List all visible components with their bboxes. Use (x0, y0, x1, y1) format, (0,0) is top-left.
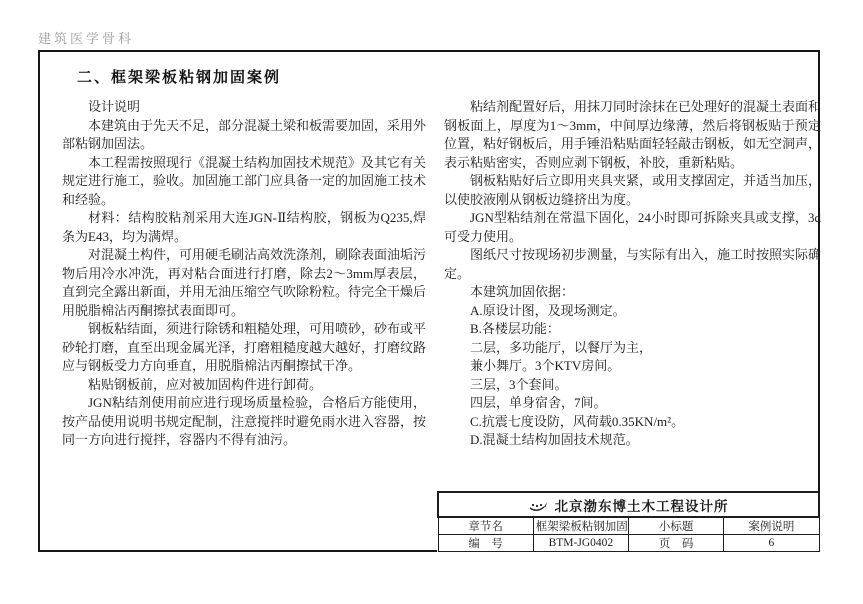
paragraph: 图纸尺寸按现场初步测量，与实际有出入，施工时按照实际确定。 (444, 246, 821, 283)
chapter-label: 章节名 (438, 517, 533, 535)
paragraph: 钢板粘贴好后立即用夹具夹紧，或用支撑固定，并适当加压，以使胶液刚从钢板边缝挤出为… (444, 172, 821, 209)
paragraph: 本建筑由于先天不足，部分混凝土梁和板需要加固，采用外部粘钢加固法。 (62, 117, 426, 154)
basis-item: A.原设计图，及现场测定。 (444, 302, 821, 321)
subtitle-label: 小标题 (629, 517, 724, 535)
number-label: 编 号 (438, 535, 533, 552)
page-title: 二、框架梁板粘钢加固案例 (77, 66, 281, 87)
company-name: 北京渤东博土木工程设计所 (555, 499, 729, 514)
subtitle-value: 案例说明 (724, 517, 819, 535)
left-column: 设计说明 本建筑由于先天不足，部分混凝土梁和板需要加固，采用外部粘钢加固法。 本… (62, 98, 426, 450)
page-frame: 二、框架梁板粘钢加固案例 设计说明 本建筑由于先天不足，部分混凝土梁和板需要加固… (38, 50, 820, 552)
paragraph: JGN粘结剂使用前应进行现场质量检验，合格后方能使用，按产品使用说明书规定配制，… (62, 394, 426, 450)
design-notes-heading: 设计说明 (62, 98, 426, 117)
number-value: BTM-JG0402 (533, 535, 628, 552)
paragraph: JGN型粘结剂在常温下固化，24小时即可拆除夹具或支撑，3d可受力使用。 (444, 209, 821, 246)
page-value: 6 (724, 535, 819, 552)
paragraph: 粘贴钢板前，应对被加固构件进行卸荷。 (62, 376, 426, 395)
company-logo-icon (529, 501, 549, 513)
basis-item: C.抗震七度设防，风荷载0.35KN/m²。 (444, 413, 821, 432)
basis-item: D.混凝土结构加固技术规范。 (444, 431, 821, 450)
page-label: 页 码 (629, 535, 724, 552)
title-block-table: 北京渤东博土木工程设计所 章节名 框架梁板粘钢加固案例 小标题 案例说明 编 号… (437, 491, 820, 552)
basis-item: B.各楼层功能： (444, 320, 821, 339)
watermark-text: 建筑医学骨科 (38, 28, 134, 47)
company-name-cell: 北京渤东博土木工程设计所 (438, 492, 819, 517)
right-column: 粘结剂配置好后，用抹刀同时涂抹在已处理好的混凝土表面和钢板面上，厚度为1～3mm… (444, 98, 821, 450)
basis-item: 兼小舞厅。3个KTV房间。 (444, 357, 821, 376)
basis-heading: 本建筑加固依据： (444, 283, 821, 302)
basis-item: 四层，单身宿舍，7间。 (444, 394, 821, 413)
paragraph: 本工程需按照现行《混凝土结构加固技术规范》及其它有关规定进行施工，验收。加固施工… (62, 154, 426, 210)
basis-item: 三层，3个套间。 (444, 376, 821, 395)
paragraph: 材料：结构胶粘剂采用大连JGN-Ⅱ结构胶，钢板为Q235,焊条为E43，均为满焊… (62, 209, 426, 246)
paragraph: 钢板粘结面，须进行除锈和粗糙处理，可用喷砂，砂布或平砂轮打磨，直至出现金属光泽，… (62, 320, 426, 376)
basis-item: 二层，多功能厅，以餐厅为主， (444, 339, 821, 358)
chapter-value: 框架梁板粘钢加固案例 (533, 517, 628, 535)
paragraph: 对混凝土构件，可用硬毛刷沾高效洗涤剂，刷除表面油垢污物后用冷水冲洗，再对粘合面进… (62, 246, 426, 320)
paragraph: 粘结剂配置好后，用抹刀同时涂抹在已处理好的混凝土表面和钢板面上，厚度为1～3mm… (444, 98, 821, 172)
